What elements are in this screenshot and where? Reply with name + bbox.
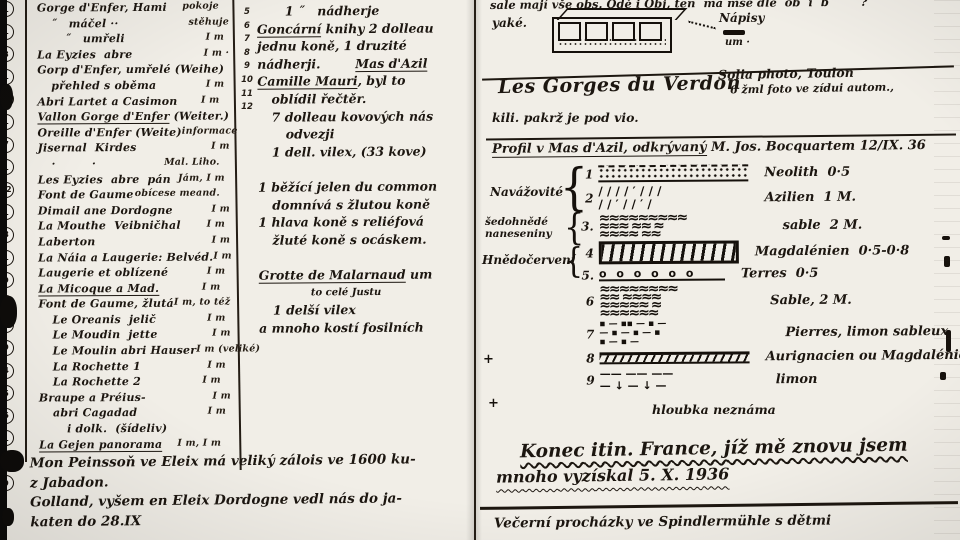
list-item: Jisernal KirdesI m [38, 141, 234, 158]
site-name: Dimail ane Dordogne [38, 204, 173, 220]
site-name: · · [38, 157, 96, 173]
top-note-word: yaké. [492, 16, 527, 30]
note-line: 1 ˝ nádherje [257, 1, 472, 20]
site-name: La Gejen panorama [39, 437, 162, 453]
squared-paper-edge [934, 0, 960, 540]
sketch-caption-2: um · [725, 37, 750, 48]
ink-blob [0, 296, 17, 328]
underlined-text: Camille Mauri [257, 73, 357, 90]
list-item: Laugerie et oblízenéI m [38, 266, 234, 283]
list-item: La Eyzies abreI m · [37, 47, 233, 64]
underlined-text: Goncární [257, 21, 321, 37]
ink-blob [2, 508, 14, 526]
entry-note: I m [202, 375, 234, 391]
site-name: Braupe a Préius- [39, 391, 146, 407]
list-item: Le Moulin abri HauserI m (veliké) [39, 344, 235, 361]
ruler-number: 10 [240, 74, 254, 88]
list-item: Gorge d'Enfer, Hamipokoje [37, 0, 233, 17]
list-item: La Gejen panoramaI m, I m [39, 437, 235, 454]
note-line: a mnoho kostí fosilních [259, 318, 474, 337]
ruler-number: 12 [240, 101, 254, 115]
margin-cross-mark: + [483, 352, 494, 367]
sketch-caption: Nápisy [719, 11, 764, 25]
note-line: to celé Justu [259, 283, 474, 302]
site-name: Gorp d'Enfer, umřelé (Weihe) [37, 63, 224, 80]
site-name: Vallon Gorge d'Enfer (Weiter.) [37, 110, 229, 127]
underlined-text: Grotte de Malarnaud [259, 267, 406, 284]
footer-line: Večerní procházky ve Spindlermühle s dět… [494, 513, 831, 532]
note-line: Grotte de Malarnaud um [259, 265, 474, 284]
waves-texture: ≈≈≈≈≈≈≈≈≈ ≈≈≈ ≈≈ ≈ ≈≈≈≈ ≈≈ [599, 213, 767, 238]
entry-note: I m [212, 328, 234, 344]
site-list: Gorge d'Enfer, Hamipokoje˝ máčel ··stěhu… [37, 0, 235, 453]
site-name: Gorge d'Enfer, Hami [37, 1, 167, 17]
note-line: odvezji [258, 124, 473, 143]
note-line [259, 248, 474, 267]
site-name: La Eyzies abre [37, 48, 132, 64]
site-name: La Náia a Laugerie: Belvéd. [38, 250, 213, 267]
strata-layer: 6≈≈≈≈≈≈≈≈ ≈≈ ≈≈≈≈ ≈≈≈≈≈ ≈ ≈≈≈≈≈≈Sable, 2… [576, 282, 960, 317]
site-name: Laberton [38, 235, 95, 251]
list-item: Vallon Gorge d'Enfer (Weiter.) [37, 110, 233, 127]
note-line: nádherji. Mas d'Azil [257, 54, 472, 73]
list-item: Le Oreanis jeličI m [38, 312, 234, 329]
middle-notes-column: 1 ˝ nádherjeGoncární knihy 2 dolleaujedn… [257, 1, 474, 337]
layer-number: 6 [576, 294, 599, 308]
ink-blob [0, 84, 13, 110]
photo-note-line1: Solia photo, Toulon [718, 65, 854, 82]
pebbles-texture: o o o o o o [599, 268, 725, 282]
strata-layer: 8Aurignacien ou Magdalénien 0·5-0·8 [577, 347, 960, 365]
entry-note: I m [202, 281, 234, 297]
entry-note: I m [206, 78, 233, 94]
entry-note: obícese meand. [135, 188, 234, 204]
ruler-number: 5 [240, 6, 254, 20]
entry-note: stěhuje [188, 16, 233, 32]
strata-group-label-2: šedohnědé naneseniny [485, 216, 552, 240]
entry-note: I m [211, 141, 233, 157]
entry-note: I m [207, 359, 234, 375]
list-item: ˝ umřeliI m [37, 32, 233, 49]
layer-label: Pierres, limon sableux [769, 324, 948, 340]
entry-note: I m [213, 250, 245, 266]
note-line: jednu koně, 1 druzité [257, 36, 472, 55]
list-item: ˝ máčel ··stěhuje [37, 16, 233, 33]
underlined-text: La Micoque a Mad. [38, 282, 159, 297]
note-line: 1 delší vilex [259, 300, 474, 319]
underlined-text: Vallon Gorge d'Enfer [37, 110, 169, 125]
list-item: Font de Gaume, žlutáI m, to též [38, 297, 234, 314]
underlined-text: La Gejen panorama [39, 437, 162, 452]
entry-note: I m [212, 234, 234, 250]
note-line: domnívá s žlutou koně [258, 195, 473, 214]
list-item: Font de Gaumeobícese meand. [38, 188, 234, 205]
note-line: 1 běžící jelen du common [258, 177, 473, 196]
site-name: Font de Gaume [38, 188, 134, 204]
layer-label: Terres 0·5 [725, 266, 819, 282]
site-name: Le Moudin jette [39, 328, 158, 344]
verdon-subline: kili. pakrž je pod vio. [492, 110, 639, 125]
list-item: LabertonI m [38, 234, 234, 251]
stratigraphy-diagram: 1Neolith 0·52/ / / / ′ / / / / / ′ / / ′… [575, 162, 960, 392]
strata-layer: 4Magdalénien 0·5-0·8 [576, 238, 960, 264]
dotted-connector [688, 21, 716, 30]
note-line: 1 dell. vilex, (33 kove) [258, 142, 473, 161]
entry-note: I m [208, 406, 235, 422]
underlined-text: Mas d'Azil [355, 55, 427, 72]
layer-label: limon [760, 371, 818, 386]
site-name: ˝ máčel ·· [37, 17, 119, 33]
entry-note: I m, I m [177, 437, 235, 453]
strata-group-label-3: Hnědočervení [482, 254, 575, 266]
site-name: abri Cagadad [39, 406, 137, 422]
site-name: i dolk. (šídeliv) [39, 422, 167, 438]
layer-number: 9 [577, 373, 600, 387]
site-name: Oreille d'Enfer (Weite) [37, 126, 181, 142]
hatchband-texture [600, 351, 750, 364]
note-line [258, 160, 473, 179]
layer-label: Neolith 0·5 [748, 165, 850, 181]
closing-line-2: mnoho vyzískal 5. X. 1936 [496, 464, 730, 486]
list-item: · ·Mal. Liho. [38, 156, 234, 173]
page-fold-rule [474, 0, 476, 540]
note-line: oblídil řečtěr. [257, 89, 472, 108]
caption-scribble [723, 30, 745, 35]
entry-note: I m [207, 312, 234, 328]
site-name: La Rochette 1 [39, 360, 141, 376]
list-item: přehled s oběmaI m [37, 78, 233, 95]
entry-note: I m [207, 219, 234, 235]
layer-number: 8 [577, 351, 600, 365]
blobs-texture: ▪ — ▪▪ — ▪ — — ▪ — ▪ — ▪ ▪ — ▪ — [599, 319, 769, 347]
site-name: Abri Lartet a Casimon [37, 94, 177, 110]
strata-group-label-1: Navážovité [490, 186, 563, 198]
ruler-number: 11 [240, 88, 254, 102]
list-item: Le Moudin jetteI m [39, 328, 235, 345]
strata-layer: 3.≈≈≈≈≈≈≈≈≈ ≈≈≈ ≈≈ ≈ ≈≈≈≈ ≈≈sable 2 M. [576, 211, 960, 238]
site-name: Les Eyzies abre pán [38, 172, 171, 188]
list-item: Braupe a Préius-I m [39, 390, 235, 407]
ruler-number: 7 [240, 33, 254, 47]
entry-note: Jám, I m [178, 172, 234, 188]
layer-label: Magdalénien 0·5-0·8 [739, 243, 910, 259]
profile-heading-rest: M. Jos. Bocquartem 12/IX. 36 [707, 138, 926, 155]
profile-heading-underlined: Profil v Mas d'Azil, odkrývaný [492, 140, 707, 158]
depth-unknown-note: hloubka neznáma [652, 402, 776, 417]
site-name: Le Oreanis jelič [38, 313, 156, 329]
note-line: žluté koně s ocáskem. [258, 230, 473, 249]
note-line: 1 hlava koně s reliéfová [258, 212, 473, 231]
site-name: přehled s oběma [37, 79, 156, 95]
margin-cross-mark: + [488, 396, 499, 411]
entry-note: I m [211, 203, 233, 219]
profile-heading: Profil v Mas d'Azil, odkrývaný M. Jos. B… [492, 138, 926, 157]
site-name: Font de Gaume, žlutá [38, 297, 174, 313]
list-item: Les Eyzies abre pánJám, I m [38, 172, 234, 189]
ink-blob [0, 450, 24, 472]
list-item: Oreille d'Enfer (Weite)informace [37, 125, 233, 142]
entry-note: informace [182, 125, 247, 141]
dots-texture [598, 164, 748, 182]
entry-note: I m · [204, 47, 234, 63]
list-item: La Rochette 1I m [39, 359, 235, 376]
strata-brace-3: { [564, 241, 583, 281]
list-item: i dolk. (šídeliv) [39, 422, 235, 439]
strata-layer: 9—— —— —— — ↓ — ↓ —limon [577, 365, 960, 392]
display-case-sketch [552, 8, 684, 58]
paragraph-line: katen do 28.IX [30, 508, 475, 532]
ruler-number-column: 56789101112 [240, 6, 254, 115]
notebook-scan: 11315171121819439456189 Gorge d'Enfer, H… [0, 0, 960, 540]
strata-layer: 2/ / / / ′ / / / / / ′ / / ′ /Azilien 1 … [575, 182, 960, 211]
entry-note: I m [207, 266, 234, 282]
entry-note: I m, to též [174, 297, 235, 313]
layer-label: Sable, 2 M. [754, 292, 852, 308]
closing-line-1: Konec itin. France, jíž mě znovu jsem [520, 435, 908, 463]
site-name: Le Moulin abri Hauser [39, 344, 197, 360]
layer-label: Aurignacien ou Magdalénien 0·5-0·8 [750, 347, 960, 364]
section-heading-verdon: Les Gorges du Verdon [498, 72, 741, 98]
site-name: Jisernal Kirdes [38, 141, 137, 157]
site-name: La Mouthe Veibničhal [38, 219, 181, 235]
site-name: La Micoque a Mad. [38, 282, 159, 298]
slashes-texture: / / / / ′ / / / / / ′ / / ′ / [598, 184, 748, 211]
case-dot-shading [558, 38, 666, 46]
site-name: Laugerie et oblízené [38, 266, 168, 282]
hatchbox-texture [599, 240, 739, 264]
note-line: Goncární knihy 2 dolleau [257, 19, 472, 38]
strata-layer: 7▪ — ▪▪ — ▪ — — ▪ — ▪ — ▪ ▪ — ▪ —Pierres… [576, 317, 960, 347]
site-name: ˝ umřeli [37, 32, 125, 48]
list-item: abri CagadadI m [39, 406, 235, 423]
entry-note: I m [206, 32, 233, 48]
heavy-bottom-rule [480, 501, 958, 510]
list-item: Dimail ane DordogneI m [38, 203, 234, 220]
site-name: La Rochette 2 [39, 375, 141, 391]
entry-note: I m [212, 390, 234, 406]
ruler-number: 9 [240, 60, 254, 74]
entry-note: pokoje [182, 0, 233, 16]
photo-note-line2: 6 žml foto ve zídui autom., [730, 81, 894, 97]
list-item: La Náia a Laugerie: Belvéd.I m [38, 250, 234, 267]
entry-note: Mal. Liho. [164, 156, 234, 172]
strata-layer: 1Neolith 0·5 [575, 162, 960, 182]
entry-note: I m [201, 94, 233, 110]
note-line: 7 dolleau kovových nás [258, 107, 473, 126]
layer-number: 7 [576, 327, 599, 341]
case-front-face [552, 17, 672, 53]
bottom-left-paragraph: Mon Peinssoň ve Eleix má veliký zálois v… [30, 450, 476, 533]
strata-layer: 5.o o o o o oTerres 0·5 [576, 264, 960, 282]
waves2-texture: ≈≈≈≈≈≈≈≈ ≈≈ ≈≈≈≈ ≈≈≈≈≈ ≈ ≈≈≈≈≈≈ [599, 284, 754, 317]
right-page: sale mají vše obs. Odě i Obj, ten má mše… [480, 0, 960, 540]
ruler-number: 8 [240, 47, 254, 61]
entry-note: I m (veliké) [196, 343, 274, 359]
note-line: Camille Mauri, byl to [257, 72, 472, 91]
list-item: La Micoque a Mad.I m [38, 281, 234, 298]
list-item: Abri Lartet a CasimonI m [37, 94, 233, 111]
layer-label: sable 2 M. [767, 217, 863, 233]
list-item: La Mouthe VeibničhalI m [38, 219, 234, 236]
ruler-number: 6 [240, 20, 254, 34]
arrows-texture: —— —— —— — ↓ — ↓ — [600, 367, 760, 392]
list-item: Gorp d'Enfer, umřelé (Weihe) [37, 63, 233, 80]
list-item: La Rochette 2I m [39, 375, 235, 392]
layer-label: Azilien 1 M. [748, 189, 856, 205]
